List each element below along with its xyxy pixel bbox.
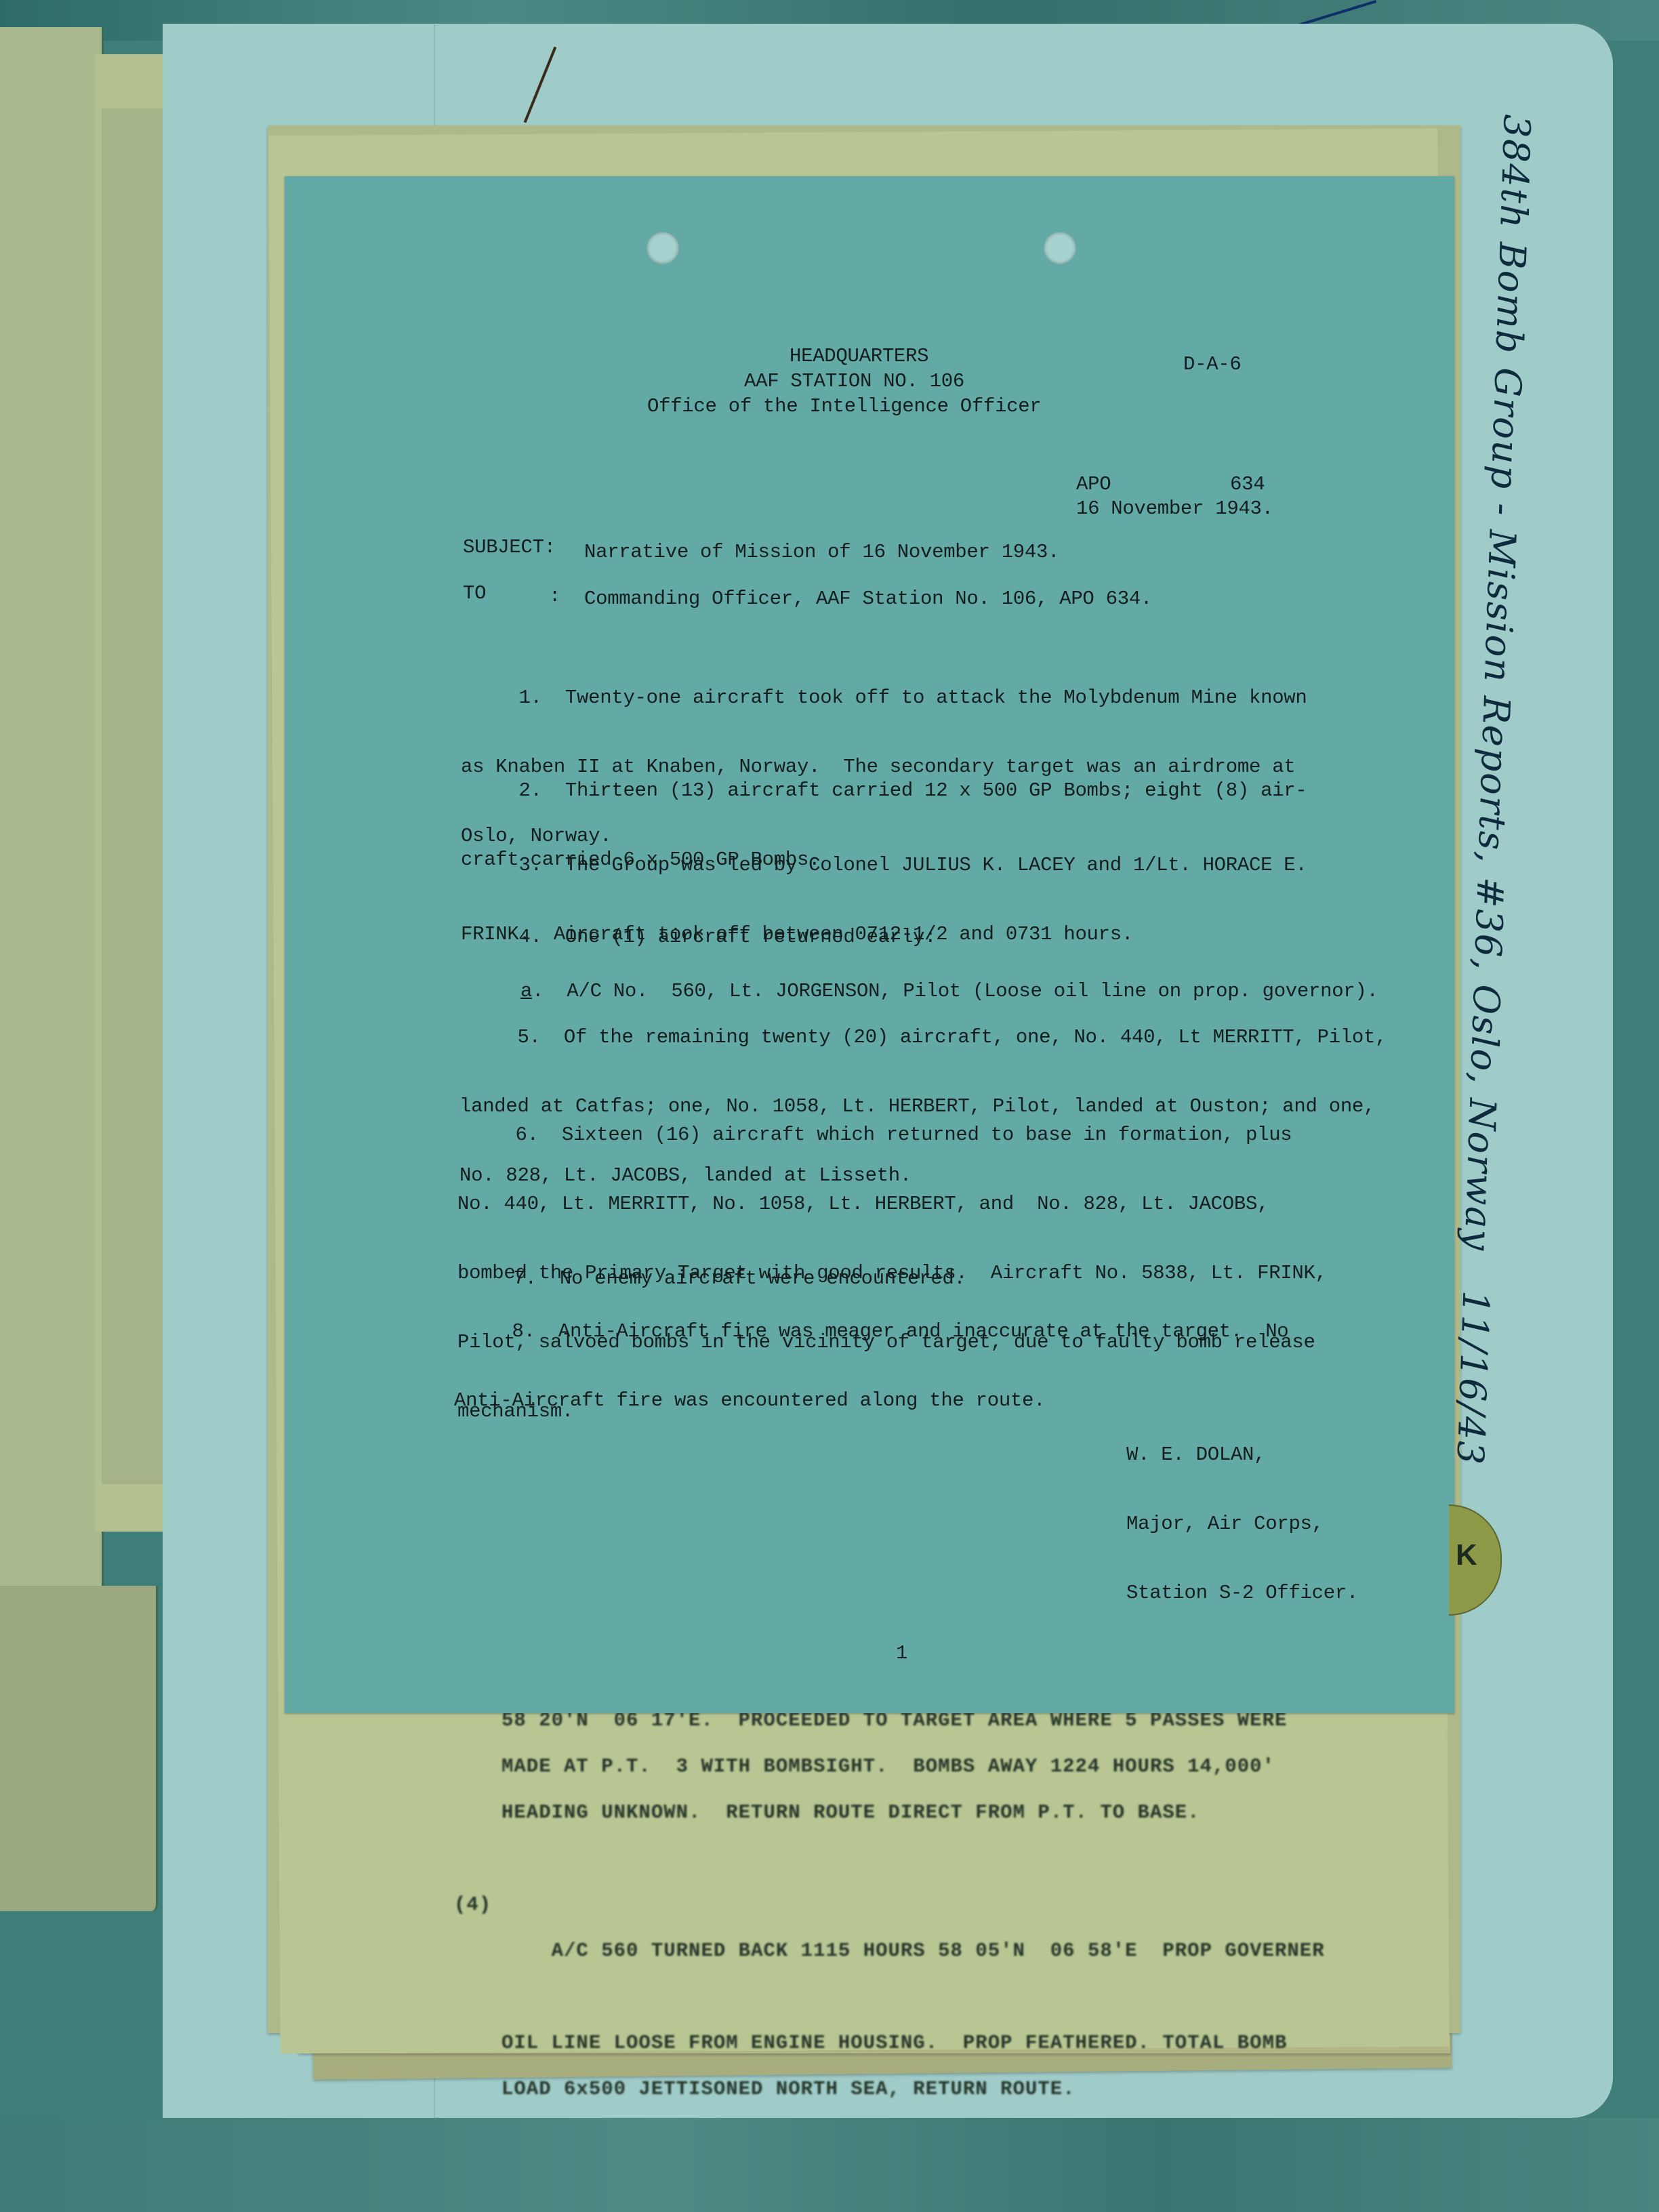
to-text: Commanding Officer, AAF Station No. 106,… <box>584 587 1152 611</box>
carbon-line: (4) A/C 560 TURNED BACK 1115 HOURS 58 05… <box>501 1836 1403 2020</box>
header-office: Office of the Intelligence Officer <box>647 394 1042 418</box>
to-colon: : <box>549 584 560 608</box>
apo-number: 634 <box>1230 472 1265 496</box>
subject-text: Narrative of Mission of 16 November 1943… <box>584 540 1059 564</box>
carbon-line: HEADING UNKNOWN. RETURN ROUTE DIRECT FRO… <box>501 1790 1403 1836</box>
header-headquarters: HEADQUARTERS <box>790 344 928 368</box>
carbon-copy-text: 58 20'N 06 17'E. PROCEEDED TO TARGET ARE… <box>501 1698 1403 2112</box>
adjacent-sheet <box>0 27 104 1599</box>
punch-hole <box>1044 232 1076 264</box>
apo-label: APO <box>1076 472 1111 496</box>
paragraph-line: 5. Of the remaining twenty (20) aircraft… <box>459 1026 1387 1049</box>
paragraph-line: 2. Thirteen (13) aircraft carried 12 x 5… <box>461 779 1307 802</box>
paragraph-line: No. 440, Lt. MERRITT, No. 1058, Lt. HERB… <box>457 1193 1327 1216</box>
to-label: TO <box>463 581 486 605</box>
carbon-line-text: A/C 560 TURNED BACK 1115 HOURS 58 05'N 0… <box>552 1940 1325 1962</box>
desk-background-bottom <box>0 2118 1659 2212</box>
carbon-line: OIL LINE LOOSE FROM ENGINE HOUSING. PROP… <box>501 2020 1403 2066</box>
file-code: D-A-6 <box>1183 352 1242 376</box>
carbon-line: MADE AT P.T. 3 WITH BOMBSIGHT. BOMBS AWA… <box>501 1744 1403 1790</box>
signer-title: Station S-2 Officer. <box>1126 1582 1358 1605</box>
subject-label: SUBJECT: <box>463 535 556 559</box>
page-number: 1 <box>896 1641 907 1665</box>
header-station: AAF STATION NO. 106 <box>744 369 964 393</box>
folder-tab-letter: K <box>1456 1538 1477 1572</box>
carbon-item-number: (4) <box>454 1882 491 1928</box>
paragraph-line: 1. Twenty-one aircraft took off to attac… <box>461 687 1307 710</box>
memo-date: 16 November 1943. <box>1076 497 1273 520</box>
carbon-line: LOAD 6x500 JETTISONED NORTH SEA, RETURN … <box>501 2066 1403 2112</box>
signature-block: W. E. DOLAN, Major, Air Corps, Station S… <box>1126 1397 1358 1628</box>
adjacent-sheet <box>0 1586 158 1911</box>
paragraph-line: 8. Anti-Aircraft fire was meager and ina… <box>454 1320 1288 1343</box>
punch-hole <box>647 232 679 264</box>
paragraph-line: 3. The Group was led by Colonel JULIUS K… <box>461 854 1307 877</box>
signer-name: W. E. DOLAN, <box>1126 1443 1358 1467</box>
signer-rank: Major, Air Corps, <box>1126 1513 1358 1536</box>
paragraph-line: 6. Sixteen (16) aircraft which returned … <box>457 1124 1327 1147</box>
